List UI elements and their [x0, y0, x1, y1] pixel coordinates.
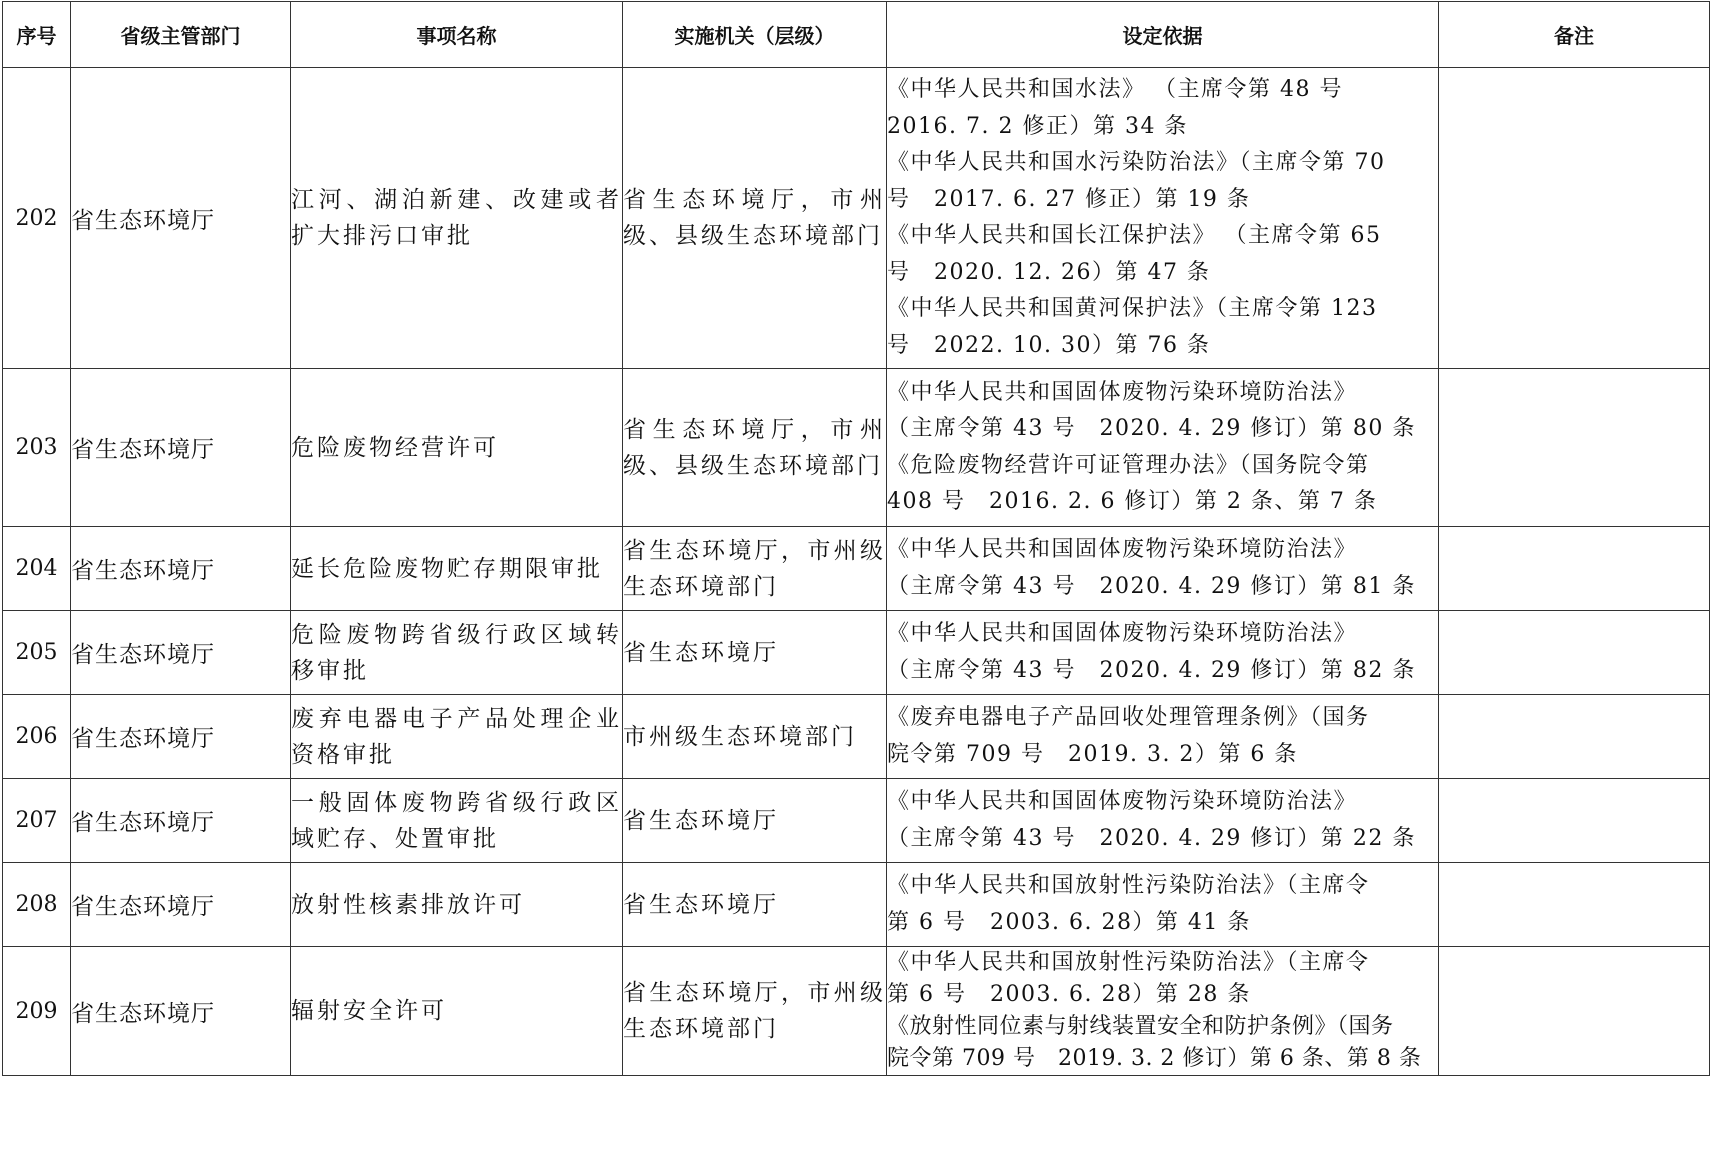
cell-basis: 《废弃电器电子产品回收处理管理条例》（国务 院令第 709 号 2019. 3.… — [887, 695, 1439, 779]
cell-dept: 省生态环境厅 — [71, 779, 291, 863]
cell-seq: 204 — [3, 527, 71, 611]
cell-basis: 《中华人民共和国放射性污染防治法》（主席令 第 6 号 2003. 6. 28）… — [887, 863, 1439, 947]
basis-line: 《中华人民共和国固体废物污染环境防治法》 — [887, 616, 1438, 653]
basis-line: 《中华人民共和国长江保护法》 （主席令第 65 — [887, 218, 1438, 255]
table-row: 202 省生态环境厅 江河、湖泊新建、改建或者扩大排污口审批 省生态环境厅，市州… — [3, 68, 1710, 369]
cell-note — [1439, 863, 1710, 947]
cell-item: 危险废物经营许可 — [291, 369, 623, 527]
cell-item: 延长危险废物贮存期限审批 — [291, 527, 623, 611]
cell-basis: 《中华人民共和国固体废物污染环境防治法》 （主席令第 43 号 2020. 4.… — [887, 527, 1439, 611]
cell-impl: 省生态环境厅 — [623, 779, 887, 863]
cell-impl: 市州级生态环境部门 — [623, 695, 887, 779]
cell-basis: 《中华人民共和国固体废物污染环境防治法》 （主席令第 43 号 2020. 4.… — [887, 611, 1439, 695]
header-basis: 设定依据 — [887, 2, 1439, 68]
header-seq: 序号 — [3, 2, 71, 68]
cell-seq: 208 — [3, 863, 71, 947]
basis-line: 《中华人民共和国固体废物污染环境防治法》 — [887, 784, 1438, 821]
basis-line: 院令第 709 号 2019. 3. 2）第 6 条 — [887, 737, 1438, 774]
cell-item: 江河、湖泊新建、改建或者扩大排污口审批 — [291, 68, 623, 369]
cell-basis: 《中华人民共和国放射性污染防治法》（主席令 第 6 号 2003. 6. 28）… — [887, 947, 1439, 1076]
table-row: 208 省生态环境厅 放射性核素排放许可 省生态环境厅 《中华人民共和国放射性污… — [3, 863, 1710, 947]
cell-seq: 206 — [3, 695, 71, 779]
basis-line: （主席令第 43 号 2020. 4. 29 修订）第 82 条 — [887, 653, 1438, 690]
cell-impl: 省生态环境厅 — [623, 611, 887, 695]
basis-line: 《中华人民共和国放射性污染防治法》（主席令 — [887, 868, 1438, 905]
header-dept: 省级主管部门 — [71, 2, 291, 68]
basis-line: 院令第 709 号 2019. 3. 2 修订）第 6 条、第 8 条 — [887, 1043, 1438, 1075]
table-row: 206 省生态环境厅 废弃电器电子产品处理企业资格审批 市州级生态环境部门 《废… — [3, 695, 1710, 779]
basis-line: （主席令第 43 号 2020. 4. 29 修订）第 22 条 — [887, 821, 1438, 858]
cell-dept: 省生态环境厅 — [71, 863, 291, 947]
cell-item: 危险废物跨省级行政区域转移审批 — [291, 611, 623, 695]
cell-note — [1439, 779, 1710, 863]
cell-item: 放射性核素排放许可 — [291, 863, 623, 947]
basis-line: 号 2020. 12. 26）第 47 条 — [887, 255, 1438, 292]
cell-impl: 省生态环境厅，市州级、县级生态环境部门 — [623, 68, 887, 369]
basis-line: 号 2022. 10. 30）第 76 条 — [887, 328, 1438, 365]
basis-line: 第 6 号 2003. 6. 28）第 28 条 — [887, 979, 1438, 1011]
header-impl: 实施机关（层级） — [623, 2, 887, 68]
header-note: 备注 — [1439, 2, 1710, 68]
cell-dept: 省生态环境厅 — [71, 611, 291, 695]
basis-line: 号 2017. 6. 27 修正）第 19 条 — [887, 182, 1438, 219]
basis-line: 《危险废物经营许可证管理办法》（国务院令第 — [887, 448, 1438, 485]
cell-dept: 省生态环境厅 — [71, 947, 291, 1076]
cell-basis: 《中华人民共和国固体废物污染环境防治法》 （主席令第 43 号 2020. 4.… — [887, 779, 1439, 863]
cell-impl: 省生态环境厅，市州级生态环境部门 — [623, 527, 887, 611]
basis-line: 《中华人民共和国黄河保护法》（主席令第 123 — [887, 291, 1438, 328]
cell-note — [1439, 695, 1710, 779]
cell-item: 废弃电器电子产品处理企业资格审批 — [291, 695, 623, 779]
cell-dept: 省生态环境厅 — [71, 695, 291, 779]
basis-line: 《中华人民共和国固体废物污染环境防治法》 — [887, 375, 1438, 412]
basis-line: 408 号 2016. 2. 6 修订）第 2 条、第 7 条 — [887, 484, 1438, 521]
table-row: 209 省生态环境厅 辐射安全许可 省生态环境厅，市州级生态环境部门 《中华人民… — [3, 947, 1710, 1076]
basis-line: 《中华人民共和国水污染防治法》（主席令第 70 — [887, 145, 1438, 182]
basis-line: 《中华人民共和国放射性污染防治法》（主席令 — [887, 947, 1438, 979]
cell-seq: 202 — [3, 68, 71, 369]
table-row: 205 省生态环境厅 危险废物跨省级行政区域转移审批 省生态环境厅 《中华人民共… — [3, 611, 1710, 695]
cell-note — [1439, 947, 1710, 1076]
cell-item: 一般固体废物跨省级行政区域贮存、处置审批 — [291, 779, 623, 863]
cell-dept: 省生态环境厅 — [71, 68, 291, 369]
basis-line: 《废弃电器电子产品回收处理管理条例》（国务 — [887, 700, 1438, 737]
cell-seq: 209 — [3, 947, 71, 1076]
cell-basis: 《中华人民共和国固体废物污染环境防治法》 （主席令第 43 号 2020. 4.… — [887, 369, 1439, 527]
cell-note — [1439, 68, 1710, 369]
cell-note — [1439, 527, 1710, 611]
table-row: 207 省生态环境厅 一般固体废物跨省级行政区域贮存、处置审批 省生态环境厅 《… — [3, 779, 1710, 863]
basis-line: 《放射性同位素与射线装置安全和防护条例》（国务 — [887, 1011, 1438, 1043]
cell-impl: 省生态环境厅 — [623, 863, 887, 947]
cell-note — [1439, 611, 1710, 695]
basis-line: 2016. 7. 2 修正）第 34 条 — [887, 109, 1438, 146]
basis-line: 《中华人民共和国水法》 （主席令第 48 号 — [887, 72, 1438, 109]
cell-seq: 203 — [3, 369, 71, 527]
basis-line: 第 6 号 2003. 6. 28）第 41 条 — [887, 905, 1438, 942]
admin-licensing-table: 序号 省级主管部门 事项名称 实施机关（层级） 设定依据 备注 202 省生态环… — [2, 1, 1710, 1076]
cell-basis: 《中华人民共和国水法》 （主席令第 48 号 2016. 7. 2 修正）第 3… — [887, 68, 1439, 369]
basis-line: （主席令第 43 号 2020. 4. 29 修订）第 81 条 — [887, 569, 1438, 606]
table-header-row: 序号 省级主管部门 事项名称 实施机关（层级） 设定依据 备注 — [3, 2, 1710, 68]
cell-note — [1439, 369, 1710, 527]
basis-line: （主席令第 43 号 2020. 4. 29 修订）第 80 条 — [887, 411, 1438, 448]
cell-item: 辐射安全许可 — [291, 947, 623, 1076]
cell-seq: 205 — [3, 611, 71, 695]
cell-seq: 207 — [3, 779, 71, 863]
cell-impl: 省生态环境厅，市州级、县级生态环境部门 — [623, 369, 887, 527]
basis-line: 《中华人民共和国固体废物污染环境防治法》 — [887, 532, 1438, 569]
cell-dept: 省生态环境厅 — [71, 527, 291, 611]
table-row: 204 省生态环境厅 延长危险废物贮存期限审批 省生态环境厅，市州级生态环境部门… — [3, 527, 1710, 611]
cell-impl: 省生态环境厅，市州级生态环境部门 — [623, 947, 887, 1076]
header-item: 事项名称 — [291, 2, 623, 68]
cell-dept: 省生态环境厅 — [71, 369, 291, 527]
table-row: 203 省生态环境厅 危险废物经营许可 省生态环境厅，市州级、县级生态环境部门 … — [3, 369, 1710, 527]
